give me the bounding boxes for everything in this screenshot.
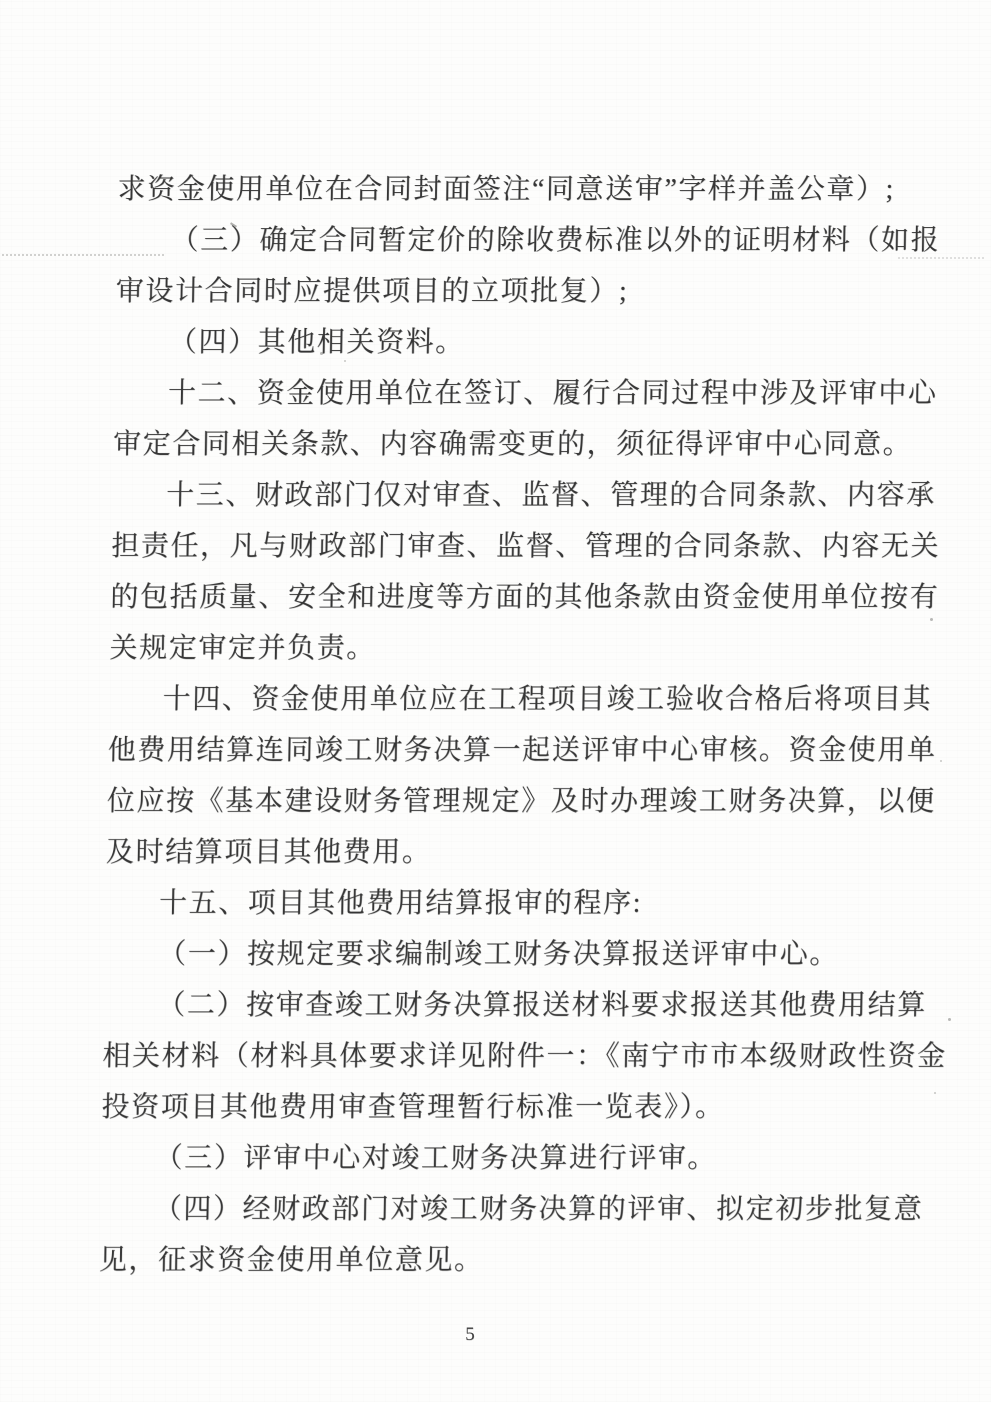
scan-speck bbox=[948, 1018, 951, 1021]
text-line: 十二、资金使用单位在签订、履行合同过程中涉及评审中心 bbox=[114, 368, 915, 419]
text-line: 相关材料（材料具体要求详见附件一：《南宁市市本级财政性资金 bbox=[102, 1031, 903, 1082]
text-line: （四）其他相关资料。 bbox=[114, 317, 915, 368]
text-line: 十四、资金使用单位应在工程项目竣工验收合格后将项目其 bbox=[108, 674, 909, 725]
text-line: （四）经财政部门对竣工财务决算的评审、拟定初步批复意 bbox=[99, 1184, 900, 1235]
text-line: 十三、财政部门仅对审查、监督、管理的合同条款、内容承 bbox=[112, 470, 913, 521]
text-line: 关规定审定并负责。 bbox=[109, 623, 910, 674]
scan-speck bbox=[934, 1092, 936, 1094]
text-line: （三）确定合同暂定价的除收费标准以外的证明材料（如报 bbox=[116, 215, 917, 266]
text-line: 求资金使用单位在合同封面签注“同意送审”字样并盖公章）; bbox=[117, 164, 918, 215]
text-line: 十五、项目其他费用结算报审的程序: bbox=[105, 878, 906, 929]
document-page: 求资金使用单位在合同封面签注“同意送审”字样并盖公章）;（三）确定合同暂定价的除… bbox=[0, 0, 991, 1402]
text-line: 位应按《基本建设财务管理规定》及时办理竣工财务决算，以便 bbox=[106, 776, 907, 827]
text-line: 审设计合同时应提供项目的立项批复）; bbox=[115, 266, 916, 317]
text-line: 的包括质量、安全和进度等方面的其他条款由资金使用单位按有 bbox=[110, 572, 911, 623]
text-line: 他费用结算连同竣工财务决算一起送评审中心审核。资金使用单 bbox=[107, 725, 908, 776]
text-line: （二）按审查竣工财务决算报送材料要求报送其他费用结算 bbox=[103, 980, 904, 1031]
text-line: 见，征求资金使用单位意见。 bbox=[98, 1235, 899, 1286]
text-block: 求资金使用单位在合同封面签注“同意送审”字样并盖公章）;（三）确定合同暂定价的除… bbox=[98, 164, 918, 1286]
text-line: （三）评审中心对竣工财务决算进行评审。 bbox=[100, 1133, 901, 1184]
text-line: 审定合同相关条款、内容确需变更的，须征得评审中心同意。 bbox=[113, 419, 914, 470]
text-line: 及时结算项目其他费用。 bbox=[106, 827, 907, 878]
text-line: 投资项目其他费用审查管理暂行标准一览表》）。 bbox=[101, 1082, 902, 1133]
scan-speck bbox=[940, 760, 942, 762]
scan-speck bbox=[930, 618, 933, 621]
text-line: 担责任，凡与财政部门审查、监督、管理的合同条款、内容无关 bbox=[111, 521, 912, 572]
page-number: 5 bbox=[452, 1324, 488, 1346]
text-line: （一）按规定要求编制竣工财务决算报送评审中心。 bbox=[104, 929, 905, 980]
